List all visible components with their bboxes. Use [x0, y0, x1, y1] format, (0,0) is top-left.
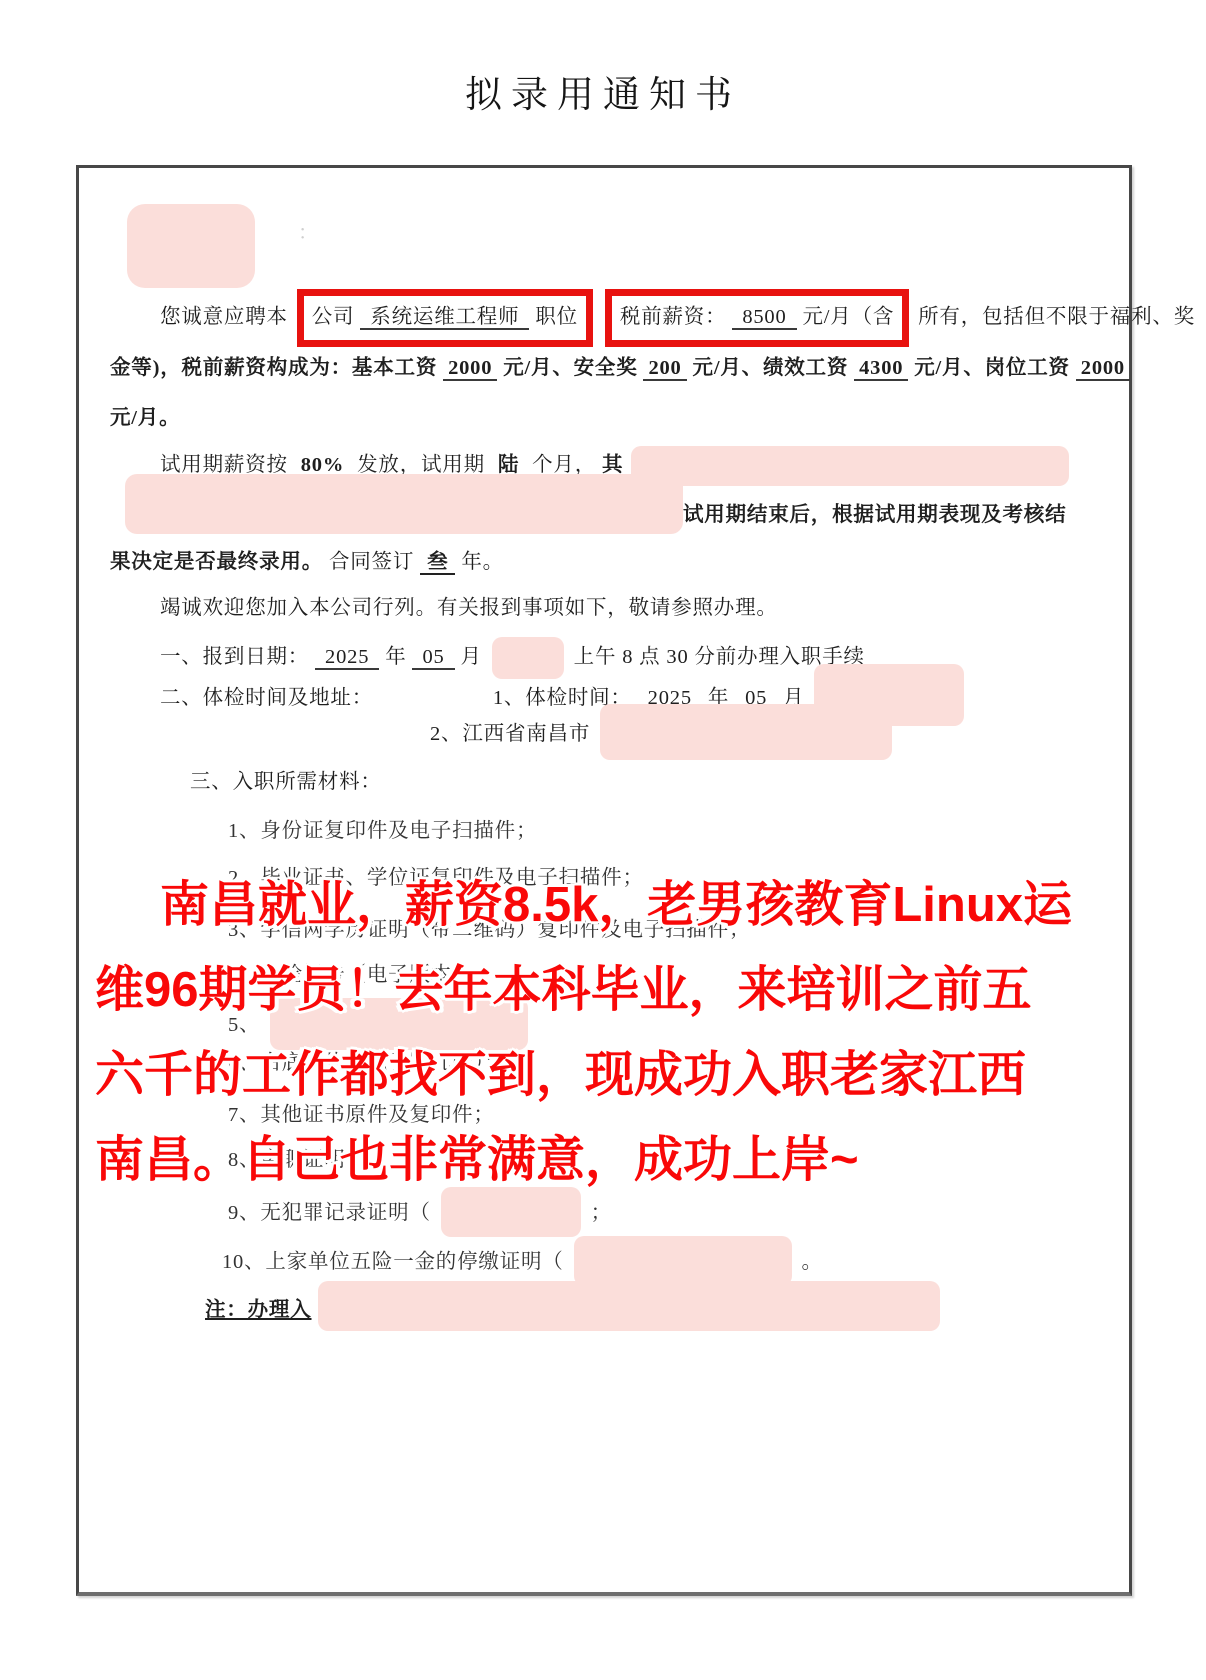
doc-line-report-date: 一、报到日期： 2025 年 05 月 上午 8 点 30 分前办理入职手续 [160, 642, 865, 672]
material-item-10: 10、上家单位五险一金的停缴证明（ 。 [222, 1247, 823, 1277]
doc-line-trial-end: 试用期结束后，根据试用期表现及考核结 [683, 500, 1066, 530]
page-title: 拟录用通知书 [0, 64, 1206, 118]
material-item-10-pre: 10、上家单位五险一金的停缴证明（ [222, 1251, 564, 1273]
material-item-9-pre: 9、无犯罪记录证明（ [228, 1202, 431, 1224]
material-item-9-post: ； [591, 1202, 612, 1224]
exam-address-text: 2、江西省南昌市 [430, 723, 590, 745]
doc-line-materials-title: 三、入职所需材料： [190, 767, 382, 797]
material-item-9: 9、无犯罪记录证明（ ； [228, 1198, 612, 1228]
report-year-value: 2025 [315, 646, 379, 670]
material-item-1: 1、身份证复印件及电子扫描件； [228, 816, 537, 846]
exam-label: 二、体检时间及地址： [160, 687, 373, 709]
faint-colon: ： [298, 218, 319, 248]
annotation-line-4: 南昌。自己也非常满意，成功上岸~ [95, 1121, 859, 1191]
composition-t2: 元/月、安全奖 [503, 357, 637, 379]
redaction-block-address [600, 704, 892, 760]
redaction-block-item10 [574, 1236, 792, 1286]
report-month-value: 05 [412, 646, 454, 670]
contract-years-value: 叁 [420, 551, 455, 575]
trial-t2: 发放，试用期 [357, 454, 485, 476]
trial-t3: 个月， [532, 454, 596, 476]
doc-line-offer: 您诚意应聘本 公司 系统运维工程师 职位 税前薪资： 8500 元/月（含 所有… [160, 302, 1195, 332]
redaction-block-row [125, 474, 683, 534]
annotation-line-1: 南昌就业，薪资8.5k，老男孩教育Linux运 [160, 866, 1072, 936]
report-year-label: 年 [385, 646, 406, 668]
composition-t3: 元/月、绩效工资 [693, 357, 849, 379]
contract-t2: 年。 [461, 551, 504, 573]
contract-t1: 合同签订 [329, 551, 414, 573]
position-label: 职位 [535, 306, 578, 328]
salary-value: 8500 [732, 306, 796, 330]
report-date-label: 一、报到日期： [160, 646, 309, 668]
material-item-10-post: 。 [801, 1251, 822, 1273]
doc-line-yuan-month: 元/月。 [110, 403, 180, 433]
annotation-line-3: 六千的工作都找不到，现成功入职老家江西 [95, 1036, 1026, 1106]
doc-line-welcome: 竭诚欢迎您加入本公司行列。有关报到事项如下，敬请参照办理。 [160, 593, 778, 623]
doc-line-salary-composition: 金等)，税前薪资构成为：基本工资 2000 元/月、安全奖 200 元/月、绩效… [110, 353, 1130, 383]
final-hire-bold: 果决定是否最终录用。 [110, 551, 323, 573]
performance-salary-value: 4300 [854, 357, 908, 381]
salary-unit: 元/月（含 [802, 306, 894, 328]
redaction-block-item9 [441, 1187, 581, 1237]
post-salary-value: 2000 [1076, 357, 1130, 381]
salary-label: 税前薪资： [620, 306, 727, 328]
base-salary-value: 2000 [443, 357, 497, 381]
redaction-block-report-day [492, 637, 564, 679]
safety-bonus-value: 200 [643, 357, 686, 381]
composition-t4: 元/月、岗位工资 [914, 357, 1070, 379]
highlight-salary-box: 税前薪资： 8500 元/月（含 [605, 289, 909, 347]
position-value: 系统运维工程师 [360, 306, 529, 330]
trial-t4: 其 [602, 454, 623, 476]
trial-t1: 试用期薪资按 [160, 454, 288, 476]
screenshot-root: { "title": "拟录用通知书", "colors": { "highli… [0, 0, 1206, 1680]
offer-pre-text: 您诚意应聘本 [160, 306, 288, 328]
offer-post-text: 所有，包括但不限于福利、奖 [918, 306, 1195, 328]
doc-line-exam-address: 2、江西省南昌市 [430, 719, 896, 749]
report-month-label: 月 [460, 646, 481, 668]
annotation-line-2: 维96期学员！去年本科毕业，来培训之前五 [95, 951, 1032, 1021]
highlight-position-box: 公司 系统运维工程师 职位 [297, 289, 593, 347]
doc-line-note: 注：办理入 [205, 1295, 312, 1325]
redaction-block-trial [631, 446, 1069, 486]
company-label: 公司 [312, 306, 355, 328]
composition-t1: 金等)，税前薪资构成为：基本工资 [110, 357, 437, 379]
redaction-block-header [127, 204, 255, 288]
doc-line-final-hire: 果决定是否最终录用。 合同签订 叁 年。 [110, 547, 504, 577]
redaction-block-note [318, 1281, 940, 1331]
